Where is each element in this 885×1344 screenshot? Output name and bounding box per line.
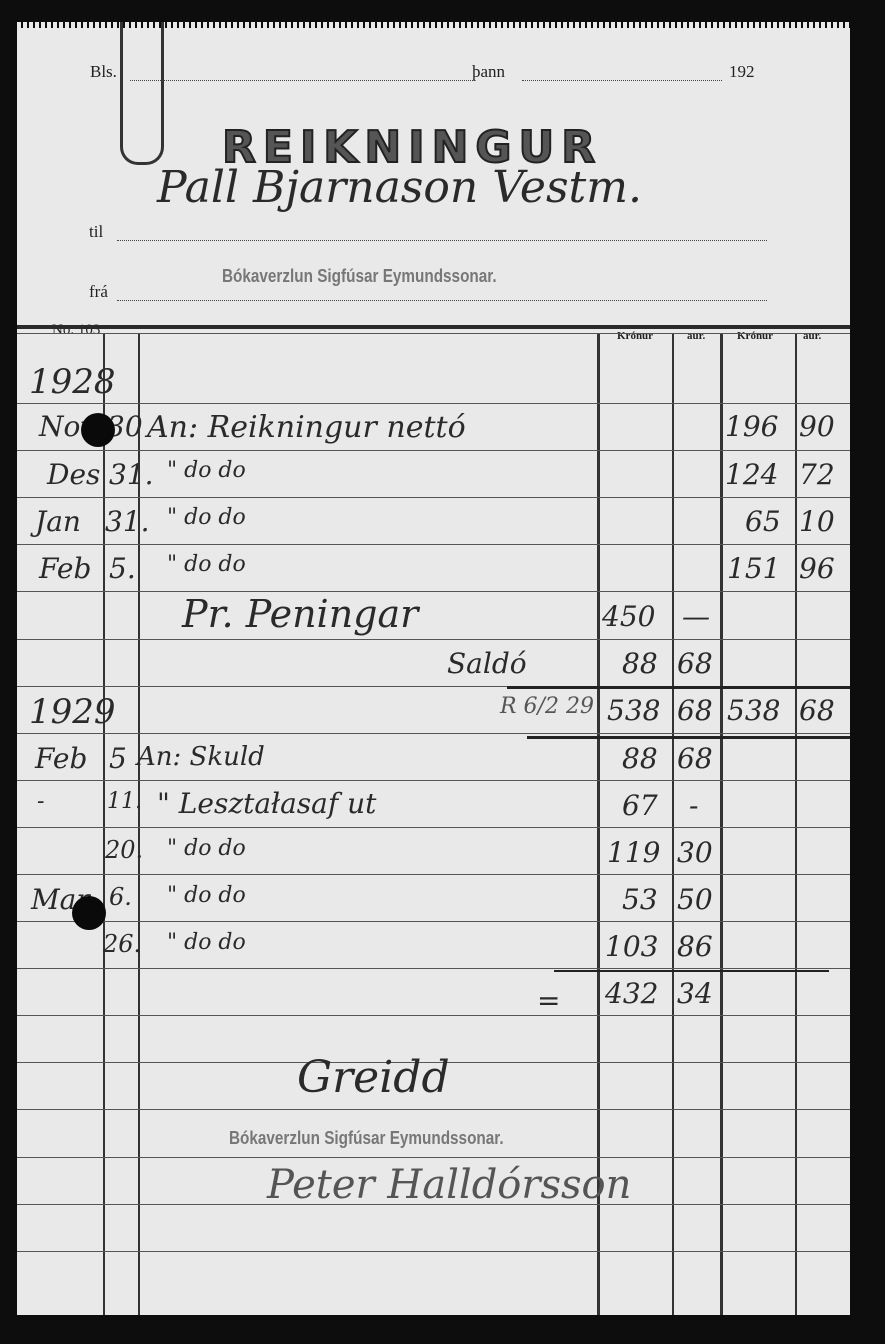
signature: Peter Halldórsson <box>267 1162 631 1208</box>
row-month: Feb <box>39 552 91 585</box>
row-rule <box>17 874 850 875</box>
row-au1: 30 <box>677 836 713 869</box>
column-divider <box>795 334 797 1315</box>
row-desc: Saldó <box>447 647 527 680</box>
til-dotted-line <box>117 240 767 241</box>
row-month: - <box>37 789 44 814</box>
punch-hole <box>72 896 106 930</box>
thann-label: þann <box>472 62 505 82</box>
til-label: til <box>89 222 103 242</box>
row-day: 26. <box>103 930 141 958</box>
recipient-name: Pall Bjarnason Vestm. <box>157 162 642 213</box>
row-kr1: 67 <box>622 789 658 822</box>
row-au1: 50 <box>677 883 713 916</box>
total-aur: 34 <box>677 977 713 1010</box>
row-desc: An: Skuld <box>137 742 265 772</box>
row-day: 6. <box>109 883 132 911</box>
row-month: Feb <box>35 742 87 775</box>
row-kr1: 538 <box>607 694 660 727</box>
row-rule <box>17 968 850 969</box>
column-divider <box>103 334 105 1315</box>
paid-handwriting: Greidd <box>297 1052 450 1103</box>
date-dotted-line <box>522 80 722 81</box>
punch-hole <box>81 413 115 447</box>
row-desc: " do do <box>167 883 246 908</box>
row-rule <box>17 639 850 640</box>
row-au2: 10 <box>799 505 835 538</box>
total-equals: = <box>537 984 560 1017</box>
row-day: 5 <box>109 742 127 775</box>
row-day: 31. <box>109 458 154 491</box>
column-divider <box>672 334 674 1315</box>
year-prefix: 192 <box>729 62 755 82</box>
row-day: 11. <box>107 789 142 814</box>
balance-rule-top <box>507 686 850 689</box>
row-rule <box>17 544 850 545</box>
header-wavy-rule <box>17 329 850 334</box>
bls-dotted-line <box>130 80 475 81</box>
row-kr1: 53 <box>622 883 658 916</box>
row-kr2: 124 <box>725 458 778 491</box>
year-1928: 1928 <box>29 362 116 402</box>
total-kr: 432 <box>605 977 658 1010</box>
fra-label: frá <box>89 282 108 302</box>
row-desc: An: Reikningur nettó <box>147 410 466 445</box>
row-rule <box>17 733 850 734</box>
row-kr1: 119 <box>607 836 660 869</box>
row-kr1: 88 <box>622 742 658 775</box>
row-au2: 90 <box>799 410 835 443</box>
row-au1: — <box>682 600 710 633</box>
row-rule <box>17 827 850 828</box>
row-rule <box>17 780 850 781</box>
row-desc: R 6/2 29 <box>500 694 594 719</box>
bls-label: Bls. <box>90 62 117 82</box>
row-au1: 68 <box>677 694 713 727</box>
row-day: 31. <box>105 505 150 538</box>
paper-clip <box>120 22 164 165</box>
paid-stamp: Bókaverzlun Sigfúsar Eymundssonar. <box>229 1128 504 1149</box>
row-desc: " do do <box>167 836 246 861</box>
row-kr2: 151 <box>727 552 780 585</box>
row-rule <box>17 450 850 451</box>
sum-rule <box>554 970 829 972</box>
row-kr1: 103 <box>605 930 658 963</box>
row-kr2: 65 <box>745 505 781 538</box>
row-day: 5. <box>109 552 136 585</box>
row-rule <box>17 921 850 922</box>
row-desc: " do do <box>167 458 246 483</box>
column-divider <box>720 334 723 1315</box>
balance-rule-bottom <box>527 736 850 739</box>
row-rule <box>17 686 507 687</box>
row-rule <box>17 497 850 498</box>
year-1929: 1929 <box>29 692 116 732</box>
row-desc: " Leształasaf ut <box>157 787 376 820</box>
row-au2: 96 <box>799 552 835 585</box>
sender-stamp: Bókaverzlun Sigfúsar Eymundssonar. <box>222 266 497 287</box>
row-desc: Pr. Peningar <box>182 592 418 636</box>
row-au1: 86 <box>677 930 713 963</box>
row-rule <box>17 591 850 592</box>
row-month: Des <box>47 458 100 491</box>
row-au1: 68 <box>677 742 713 775</box>
row-rule <box>17 1157 850 1158</box>
row-desc: " do do <box>167 505 246 530</box>
fra-dotted-line <box>117 300 767 301</box>
invoice-paper: Bls. þann 192 REIKNINGUR til Pall Bjarna… <box>17 22 850 1315</box>
row-kr1: 88 <box>622 647 658 680</box>
row-kr1: 450 <box>602 600 655 633</box>
row-rule <box>17 1015 850 1016</box>
row-au1: 68 <box>677 647 713 680</box>
row-au2: 72 <box>799 458 835 491</box>
row-rule <box>17 1109 850 1110</box>
row-au2: 68 <box>799 694 835 727</box>
row-month: Jan <box>35 505 81 538</box>
row-rule <box>17 1251 850 1252</box>
row-desc: " do do <box>167 552 246 577</box>
row-rule <box>17 403 850 404</box>
row-day: 20. <box>105 836 143 864</box>
row-au1: - <box>689 789 698 822</box>
row-desc: " do do <box>167 930 246 955</box>
row-kr2: 538 <box>727 694 780 727</box>
row-kr2: 196 <box>725 410 778 443</box>
